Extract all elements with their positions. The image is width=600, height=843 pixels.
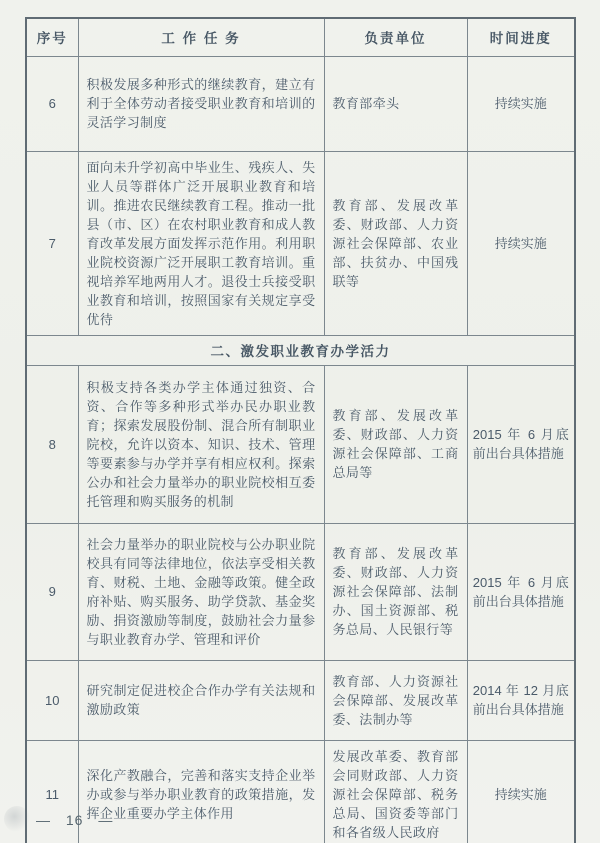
time-cell: 2014 年 12 月底前出台具体措施 (467, 660, 575, 740)
task-cell: 积极支持各类办学主体通过独资、合资、合作等多种形式举办民办职业教育；探索发展股份… (78, 365, 324, 523)
column-header-task: 工 作 任 务 (78, 18, 324, 56)
table-row: 7 面向未升学初高中毕业生、残疾人、失业人员等群体广泛开展职业教育和培训。推进农… (26, 151, 575, 335)
time-text: 2014 年 12 月底前出台具体措施 (473, 681, 569, 719)
time-cell: 2015 年 6 月底前出台具体措施 (467, 365, 575, 523)
time-cell: 持续实施 (467, 151, 575, 335)
time-text: 2015 年 6 月底前出台具体措施 (473, 573, 569, 611)
unit-cell: 教育部、人力资源社会保障部、发展改革委、法制办等 (324, 660, 467, 740)
unit-cell: 教育部、发展改革委、财政部、人力资源社会保障部、法制办、国土资源部、税务总局、人… (324, 523, 467, 660)
row-number: 8 (26, 365, 78, 523)
section-header-row: 二、激发职业教育办学活力 (26, 335, 575, 365)
column-header-unit: 负责单位 (324, 18, 467, 56)
unit-cell: 教育部牵头 (324, 56, 467, 151)
task-cell: 积极发展多种形式的继续教育，建立有利于全体劳动者接受职业教育和培训的灵活学习制度 (78, 56, 324, 151)
time-cell: 持续实施 (467, 740, 575, 843)
unit-cell: 教育部、发展改革委、财政部、人力资源社会保障部、工商总局等 (324, 365, 467, 523)
time-text: 2015 年 6 月底前出台具体措施 (473, 425, 569, 463)
time-cell: 持续实施 (467, 56, 575, 151)
row-number: 6 (26, 56, 78, 151)
column-header-time: 时间进度 (467, 18, 575, 56)
row-number: 9 (26, 523, 78, 660)
task-division-table: 序号 工 作 任 务 负责单位 时间进度 6 积极发展多种形式的继续教育，建立有… (25, 17, 576, 843)
table-row: 9 社会力量举办的职业院校与公办职业院校具有同等法律地位，依法享受相关教育、财税… (26, 523, 575, 660)
task-cell: 面向未升学初高中毕业生、残疾人、失业人员等群体广泛开展职业教育和培训。推进农民继… (78, 151, 324, 335)
scan-smudge (4, 806, 30, 832)
column-header-number: 序号 (26, 18, 78, 56)
row-number: 10 (26, 660, 78, 740)
section-title: 二、激发职业教育办学活力 (26, 335, 575, 365)
table-header-row: 序号 工 作 任 务 负责单位 时间进度 (26, 18, 575, 56)
unit-cell: 教育部、发展改革委、财政部、人力资源社会保障部、农业部、扶贫办、中国残联等 (324, 151, 467, 335)
task-cell: 研究制定促进校企合作办学有关法规和激励政策 (78, 660, 324, 740)
task-cell: 深化产教融合，完善和落实支持企业举办或参与举办职业教育的政策措施，发挥企业重要办… (78, 740, 324, 843)
row-number: 7 (26, 151, 78, 335)
time-cell: 2015 年 6 月底前出台具体措施 (467, 523, 575, 660)
task-cell: 社会力量举办的职业院校与公办职业院校具有同等法律地位，依法享受相关教育、财税、土… (78, 523, 324, 660)
table-row: 10 研究制定促进校企合作办学有关法规和激励政策 教育部、人力资源社会保障部、发… (26, 660, 575, 740)
table-row: 6 积极发展多种形式的继续教育，建立有利于全体劳动者接受职业教育和培训的灵活学习… (26, 56, 575, 151)
page-number: — 16 — (36, 812, 113, 828)
unit-cell: 发展改革委、教育部会同财政部、人力资源社会保障部、税务总局、国资委等部门和各省级… (324, 740, 467, 843)
table-row: 8 积极支持各类办学主体通过独资、合资、合作等多种形式举办民办职业教育；探索发展… (26, 365, 575, 523)
